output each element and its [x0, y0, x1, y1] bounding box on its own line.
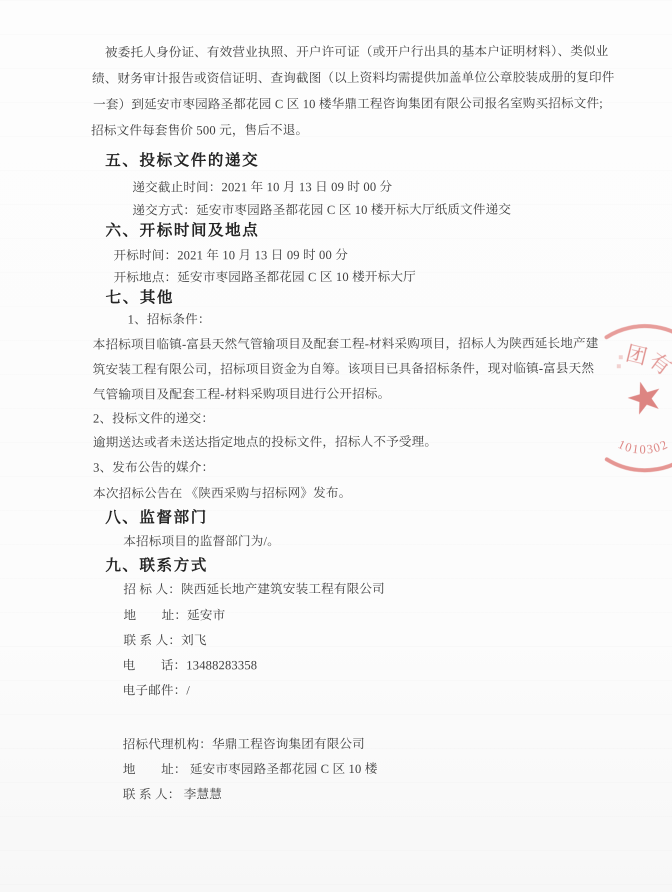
submission-method-line: 递交方式：延安市枣园路圣都花园 C 区 10 楼开标大厅纸质文件递交 — [132, 202, 511, 219]
section-heading-6: 六、开标时间及地点 — [105, 221, 259, 240]
bid-opening-place-line: 开标地点：延安市枣园路圣都花园 C 区 10 楼开标大厅 — [114, 269, 416, 286]
seal-serial-number: 1010302 — [616, 437, 671, 457]
agency-contact-line: 联 系 人： 李慧慧 — [123, 786, 222, 802]
section-heading-7: 七、其他 — [106, 288, 174, 307]
intro-paragraph-line: 被委托人身份证、有效营业执照、开户许可证（或开户行出具的基本户证明材料）、类似业 — [105, 43, 608, 60]
item1-label: 1、招标条件： — [128, 311, 211, 327]
section-heading-9: 九、联系方式 — [105, 556, 208, 575]
agency-address-line: 地 址： 延安市枣园路圣都花园 C 区 10 楼 — [123, 761, 378, 778]
seal-faded-character-remnant — [617, 355, 623, 368]
tenderer-address-line: 地 址：延安市 — [123, 607, 225, 623]
scanned-page: 被委托人身份证、有效营业执照、开户许可证（或开户行出具的基本户证明材料）、类似业… — [0, 0, 672, 892]
intro-paragraph-line: 绩、财务审计报告或资信证明、查询截图（以上资料均需提供加盖单位公章胶装成册的复印… — [92, 69, 615, 86]
section-heading-8: 八、监督部门 — [105, 508, 208, 527]
announcement-media-line: 本次招标公告在 《陕西采购与招标网》发布。 — [93, 485, 351, 502]
supervision-department-line: 本招标项目的监督部门为/。 — [123, 533, 280, 549]
tenderer-email-line: 电子邮件：/ — [123, 682, 190, 698]
submission-deadline-line: 递交截止时间：2021 年 10 月 13 日 09 时 00 分 — [132, 179, 392, 196]
item2-label: 2、投标文件的递交： — [93, 410, 214, 426]
agency-name-line: 招标代理机构：华鼎工程咨询集团有限公司 — [123, 736, 365, 753]
tender-conditions-line: 气管输项目及配套工程-材料采购项目进行公开招标。 — [93, 386, 390, 403]
page-content: 被委托人身份证、有效营业执照、开户许可证（或开户行出具的基本户证明材料）、类似业… — [0, 0, 672, 892]
company-seal-stamp: 团 有 ★ 1010302 — [558, 311, 672, 481]
intro-paragraph-line: 一套）到延安市枣园路圣都花园 C 区 10 楼华鼎工程咨询集团有限公司报名室购买… — [93, 95, 603, 112]
late-delivery-line: 逾期送达或者未送达指定地点的投标文件，招标人不予受理。 — [93, 434, 437, 451]
section-heading-5: 五、投标文件的递交 — [105, 151, 259, 170]
item3-label: 3、发布公告的媒介： — [93, 459, 214, 475]
tenderer-name-line: 招 标 人：陕西延长地产建筑安装工程有限公司 — [123, 581, 385, 598]
tender-conditions-line: 本招标项目临镇-富县天然气管输项目及配套工程-材料采购项目，招标人为陕西延长地产… — [93, 335, 599, 352]
tenderer-contact-line: 联 系 人：刘飞 — [123, 632, 206, 648]
bid-opening-time-line: 开标时间：2021 年 10 月 13 日 09 时 00 分 — [113, 247, 348, 264]
seal-star-icon: ★ — [620, 371, 670, 427]
tenderer-phone-line: 电 话：13488283358 — [123, 657, 258, 673]
seal-ring-bottom-arc — [607, 453, 672, 470]
intro-paragraph-line: 招标文件每套售价 500 元，售后不退。 — [91, 122, 308, 139]
tender-conditions-line: 筑安装工程有限公司，招标项目资金为自筹。该项目已具备招标条件，现对临镇-富县天然 — [93, 360, 594, 377]
